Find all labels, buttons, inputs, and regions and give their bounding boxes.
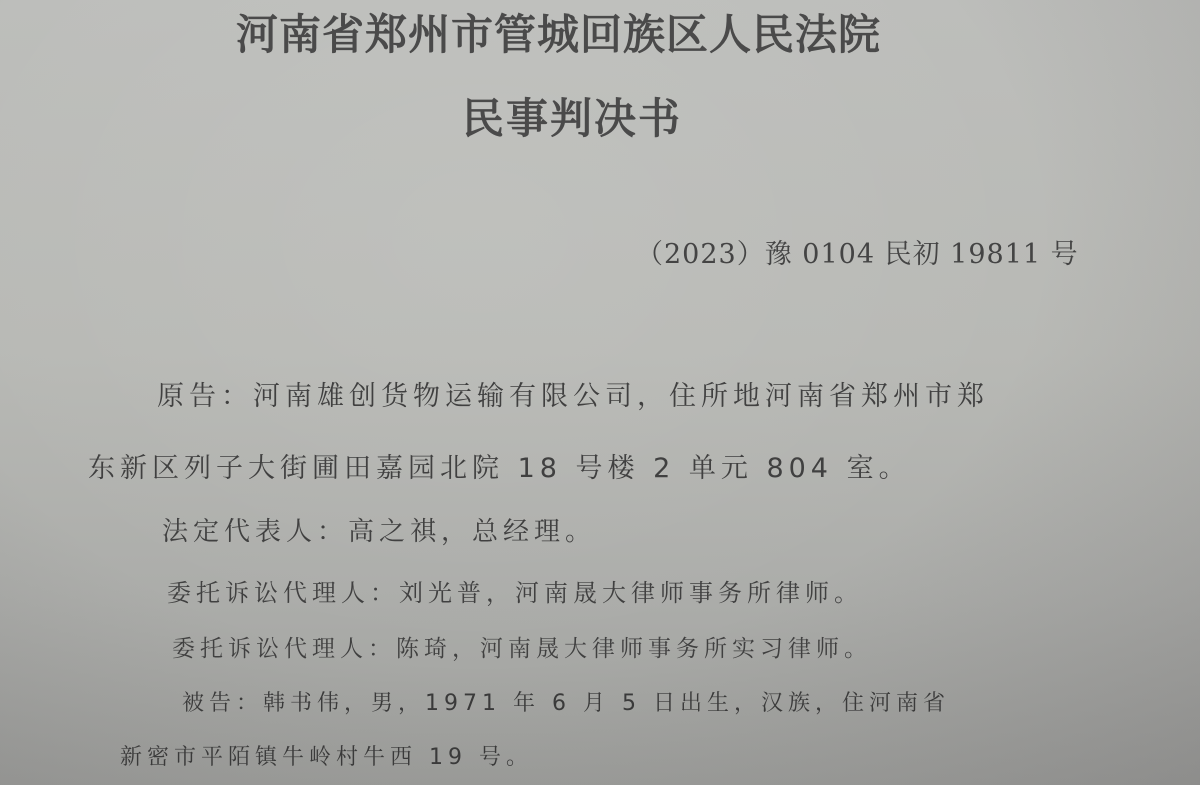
defendant-line-1: 被告：韩书伟，男，1971 年 6 月 5 日出生，汉族，住河南省 [182,686,950,717]
defendant-line-2: 新密市平陌镇牛岭村牛西 19 号。 [120,740,533,771]
document-type-heading: 民事判决书 [462,86,682,146]
plaintiff-line-1: 原告：河南雄创货物运输有限公司，住所地河南省郑州市郑 [157,374,989,413]
plaintiff-line-2: 东新区列子大街圃田嘉园北院 18 号楼 2 单元 804 室。 [88,446,911,485]
agent-1: 委托诉讼代理人：刘光普，河南晟大律师事务所律师。 [167,573,863,608]
legal-representative: 法定代表人：高之祺，总经理。 [162,511,596,548]
agent-2: 委托诉讼代理人：陈琦，河南晟大律师事务所实习律师。 [172,630,872,663]
case-number: （2023）豫 0104 民初 19811 号 [636,232,1079,271]
court-name-heading: 河南省郑州市管城回族区人民法院 [236,2,881,62]
